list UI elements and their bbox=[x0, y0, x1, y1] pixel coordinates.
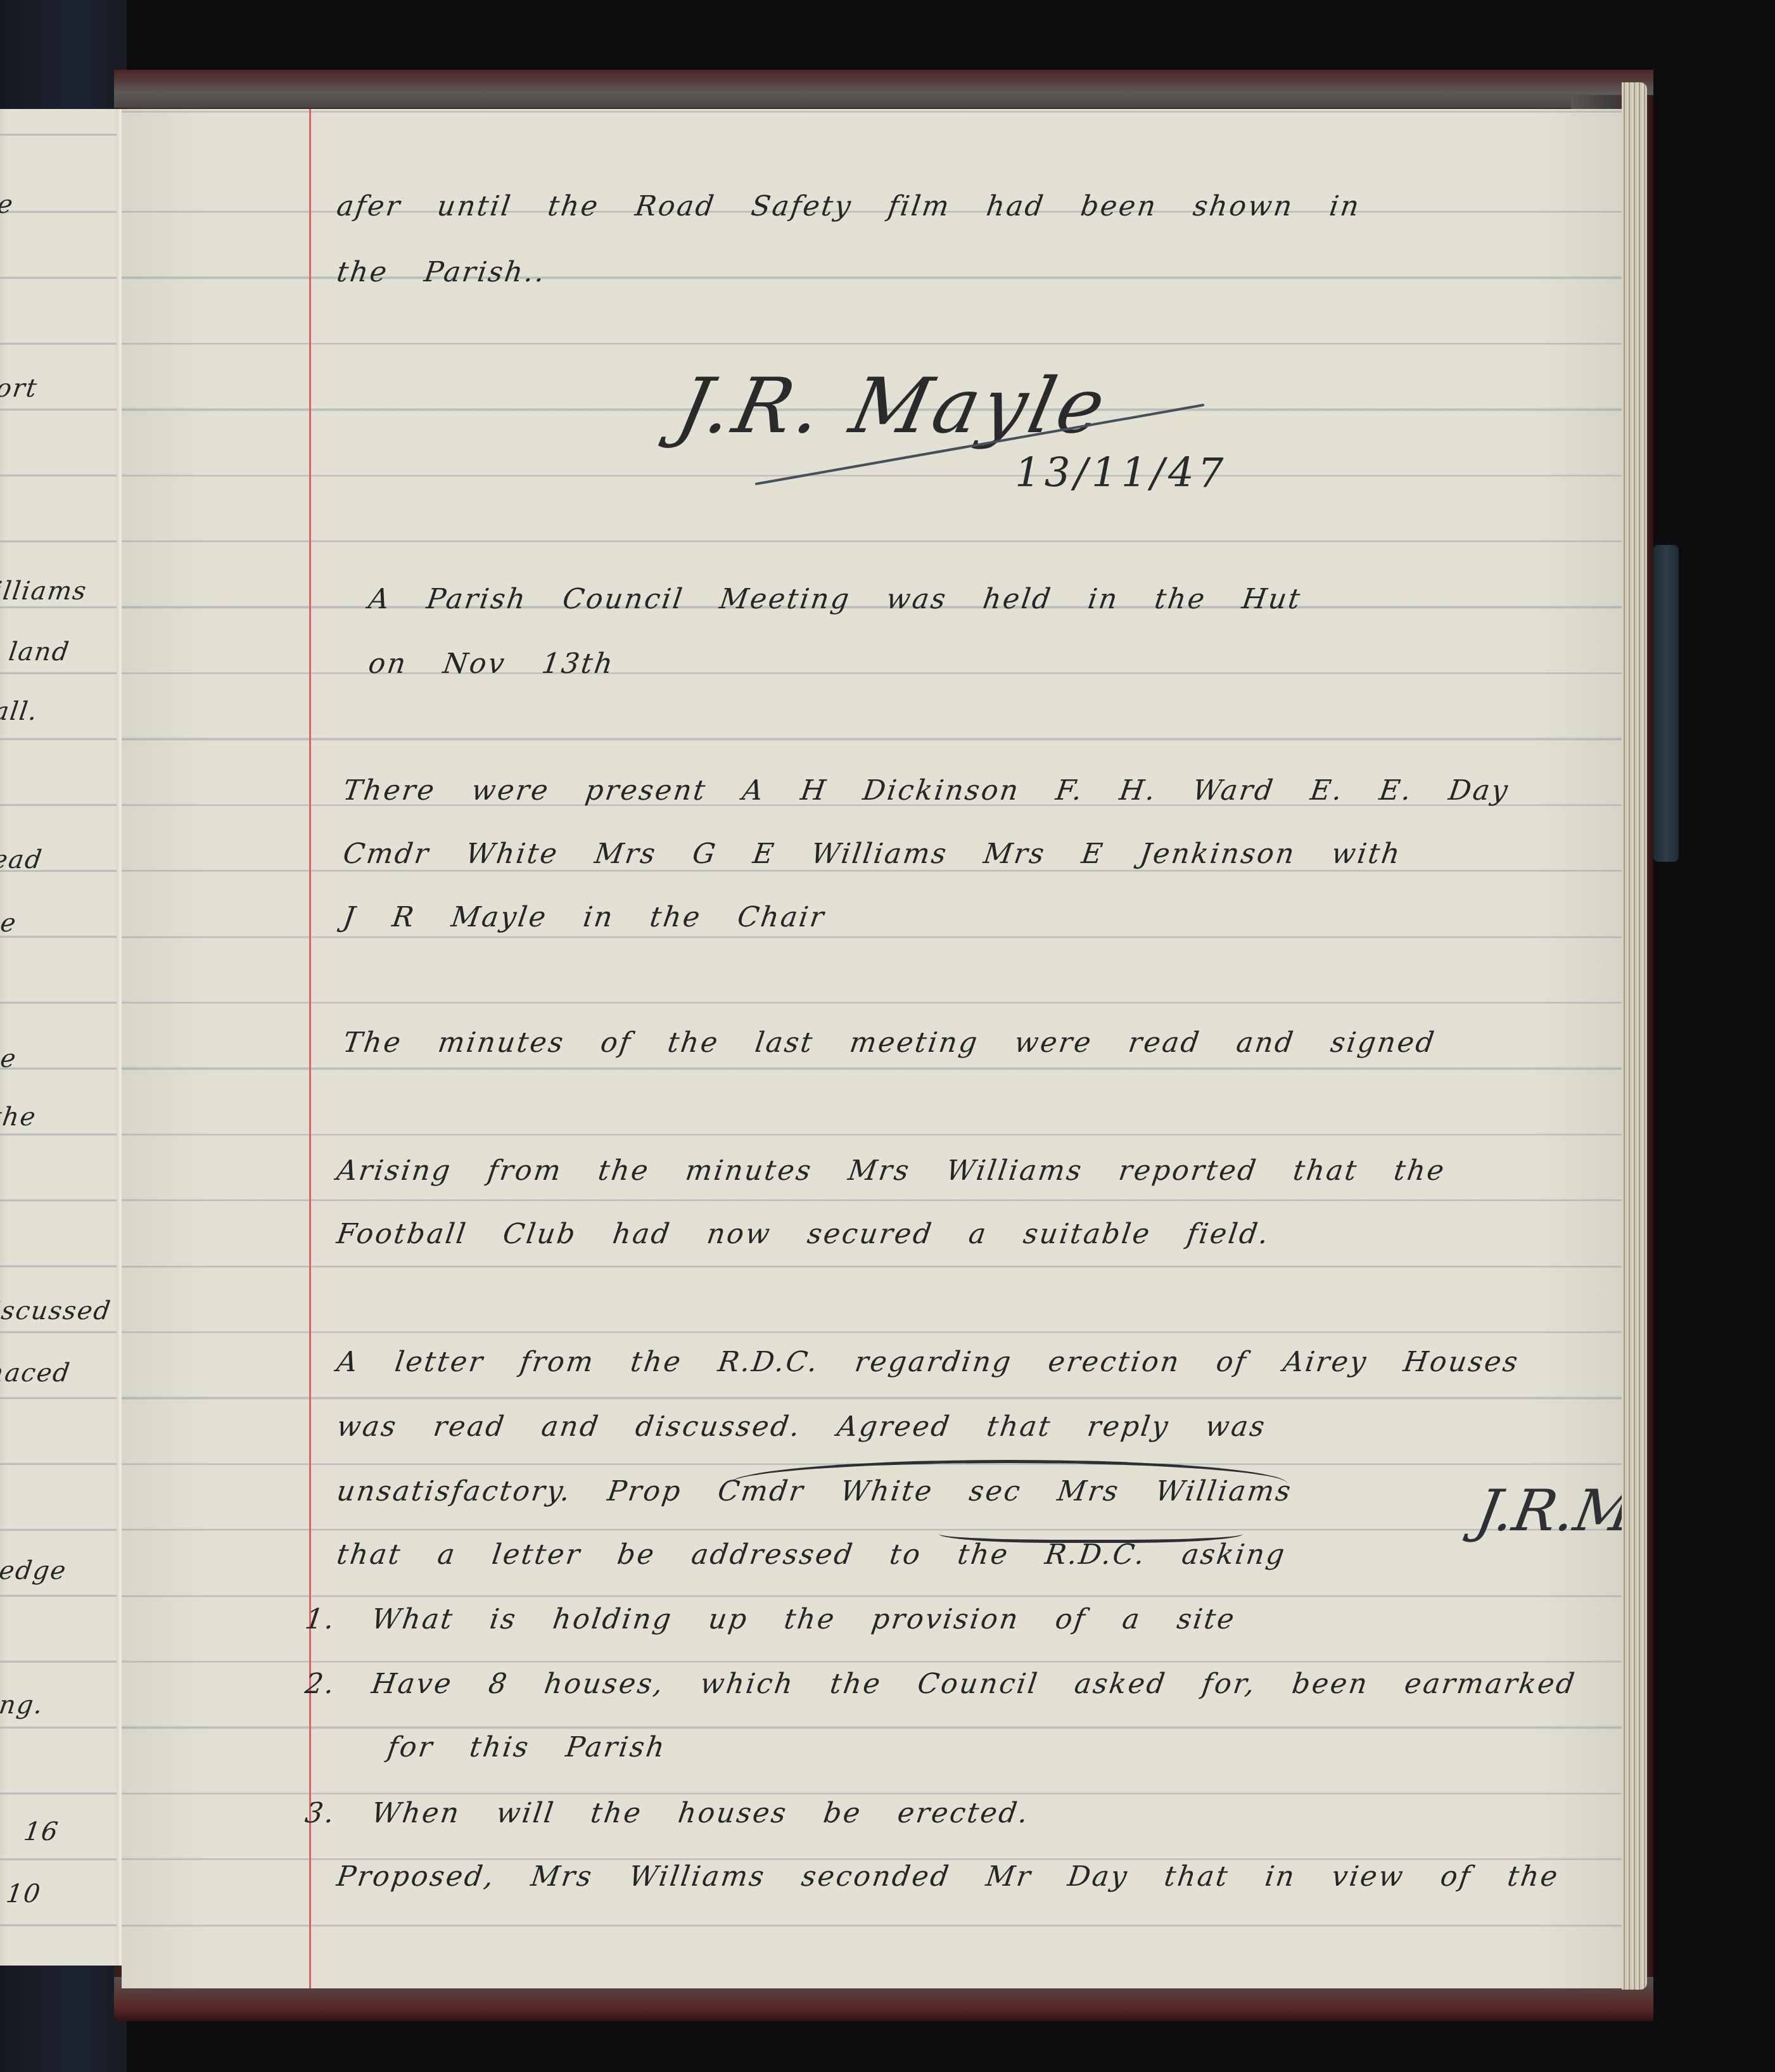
left-fragment: 16 bbox=[22, 1817, 61, 1846]
margin-initials: J.R.M. bbox=[1472, 1478, 1622, 1544]
question-3: 3. When will the houses be erected. bbox=[303, 1797, 1031, 1829]
question-number: 3. bbox=[303, 1797, 338, 1829]
question-2: 2. Have 8 houses, which the Council aske… bbox=[303, 1668, 1578, 1700]
attendance-line-2: Cmdr White Mrs G E Williams Mrs E Jenkin… bbox=[341, 838, 1403, 870]
left-page: e ort illiams land all. ead le le the di… bbox=[0, 109, 122, 1966]
attendance-line-1: There were present A H Dickinson F. H. W… bbox=[341, 774, 1511, 807]
matters-arising-line-1: Arising from the minutes Mrs Williams re… bbox=[334, 1154, 1447, 1187]
rdc-letter-line-1: A letter from the R.D.C. regarding erect… bbox=[334, 1346, 1521, 1378]
question-text: Have 8 houses, which the Council asked f… bbox=[369, 1668, 1578, 1700]
attendance-line-3: J R Mayle in the Chair bbox=[341, 901, 827, 933]
question-number: 1. bbox=[303, 1603, 338, 1635]
signature-date: 13/11/47 bbox=[1015, 450, 1227, 497]
left-fragment: discussed bbox=[0, 1296, 113, 1326]
meeting-heading-line-1: A Parish Council Meeting was held in the… bbox=[366, 583, 1304, 615]
cover-edge-top bbox=[114, 70, 1653, 108]
left-fragment: ledge bbox=[0, 1556, 69, 1585]
question-text: When will the houses be erected. bbox=[369, 1797, 1031, 1829]
carryover-line-2: the Parish.. bbox=[334, 256, 548, 288]
question-1: 1. What is holding up the provision of a… bbox=[303, 1603, 1238, 1635]
left-fragment: land bbox=[7, 637, 72, 667]
left-fragment: all. bbox=[0, 697, 40, 726]
proposal-line: Proposed, Mrs Williams seconded Mr Day t… bbox=[334, 1860, 1561, 1893]
page-stack-edge bbox=[1622, 82, 1647, 1990]
right-page: afer until the Road Safety film had been… bbox=[122, 109, 1622, 1988]
chair-signature: J.R. Mayle bbox=[670, 362, 1116, 451]
left-fragment: illiams bbox=[0, 577, 89, 606]
carryover-line-1: afer until the Road Safety film had been… bbox=[334, 190, 1363, 222]
rdc-letter-line-4: that a letter be addressed to the R.D.C.… bbox=[334, 1538, 1288, 1571]
question-text: What is holding up the provision of a si… bbox=[369, 1603, 1238, 1635]
bookmark-ribbon bbox=[1653, 545, 1679, 862]
left-fragment: the bbox=[0, 1103, 39, 1132]
question-text: for this Parish bbox=[385, 1731, 668, 1763]
left-fragment: ing. bbox=[0, 1691, 46, 1720]
question-number: 2. bbox=[303, 1668, 338, 1700]
meeting-heading-line-2: on Nov 13th bbox=[366, 648, 616, 680]
left-fragment: ead bbox=[0, 845, 44, 874]
question-2-continued: for this Parish bbox=[385, 1731, 668, 1763]
left-fragment: haced bbox=[0, 1359, 73, 1388]
margin-rule bbox=[309, 109, 311, 1988]
rdc-letter-line-2: was read and discussed. Agreed that repl… bbox=[334, 1410, 1268, 1443]
rdc-letter-line-3: unsatisfactory. Prop Cmdr White sec Mrs … bbox=[334, 1475, 1294, 1507]
minutes-confirmed: The minutes of the last meeting were rea… bbox=[341, 1026, 1437, 1059]
left-fragment: 10 bbox=[4, 1879, 43, 1909]
left-fragment: ort bbox=[0, 374, 40, 403]
matters-arising-line-2: Football Club had now secured a suitable… bbox=[334, 1218, 1272, 1250]
